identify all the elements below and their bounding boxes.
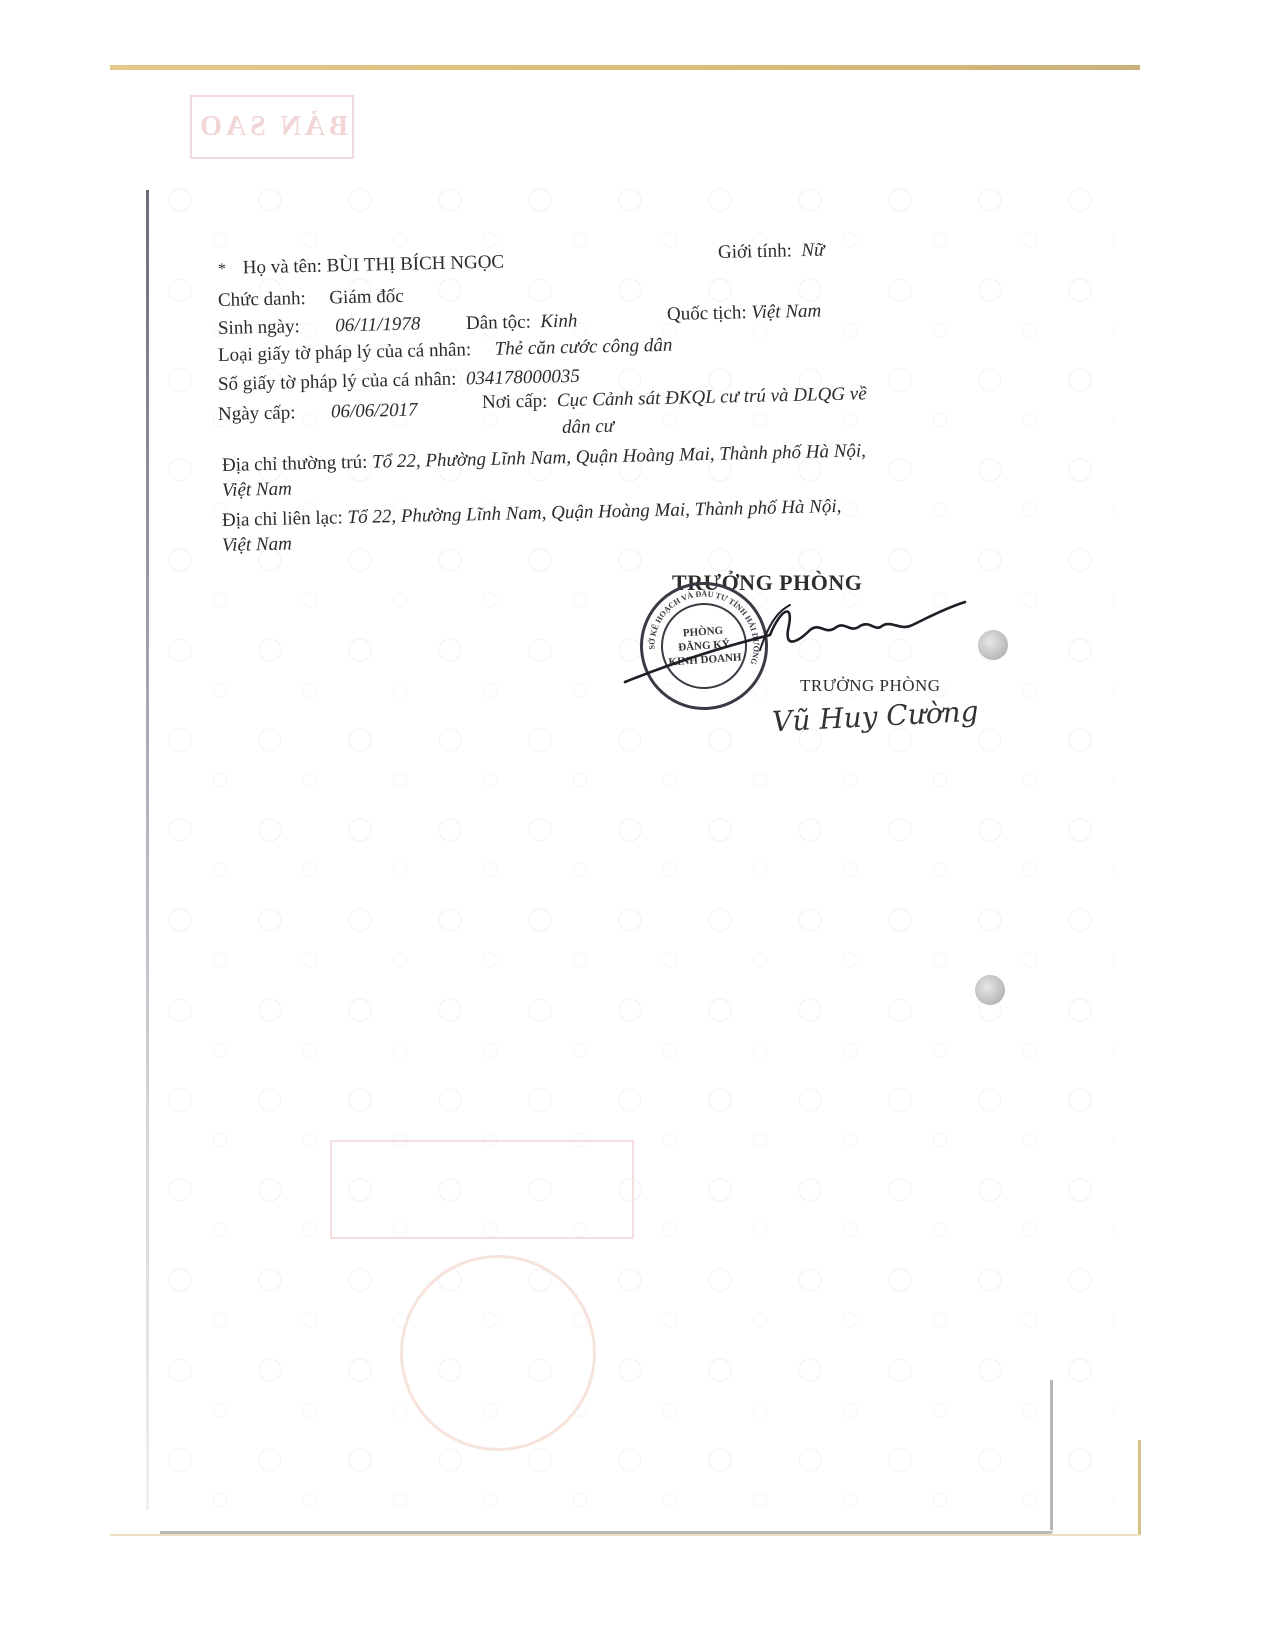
id-number-value: 034178000035 — [466, 366, 580, 390]
contact-address-value-line1: Tổ 22, Phường Lĩnh Nam, Quận Hoàng Mai, … — [347, 496, 841, 528]
id-number-label: Số giấy tờ pháp lý của cá nhân: — [218, 369, 457, 395]
id-type-label: Loại giấy tờ pháp lý của cá nhân: — [218, 339, 472, 366]
signer-role: TRƯỞNG PHÒNG — [800, 676, 941, 696]
row-gender: Giới tính: Nữ — [718, 240, 825, 264]
issue-place-value-line1: Cục Cảnh sát ĐKQL cư trú và DLQG về — [557, 383, 867, 411]
position-label: Chức danh: — [218, 288, 306, 311]
issue-place-label: Nơi cấp: — [482, 391, 548, 413]
bullet-star: * — [218, 261, 226, 278]
row-permanent-address: Địa chỉ thường trú: Tổ 22, Phường Lĩnh N… — [222, 440, 866, 477]
permanent-address-value-line2: Việt Nam — [222, 478, 292, 502]
position-value: Giám đốc — [329, 286, 404, 309]
permanent-address-label: Địa chỉ thường trú: — [222, 452, 368, 476]
gender-value: Nữ — [801, 240, 825, 262]
ethnicity-label: Dân tộc: — [466, 312, 531, 334]
nationality-value: Việt Nam — [751, 301, 821, 324]
row-full-name: * Họ và tên: BÙI THỊ BÍCH NGỌC — [218, 252, 505, 280]
issue-date-label: Ngày cấp: — [218, 402, 296, 425]
issue-date-value: 06/06/2017 — [331, 399, 418, 422]
permanent-address-value-line1: Tổ 22, Phường Lĩnh Nam, Quận Hoàng Mai, … — [372, 440, 866, 472]
row-position: Chức danh: Giám đốc — [218, 286, 404, 312]
row-id-type: Loại giấy tờ pháp lý của cá nhân: Thẻ că… — [218, 335, 673, 367]
contact-address-label: Địa chỉ liên lạc: — [222, 507, 343, 531]
full-name-value: BÙI THỊ BÍCH NGỌC — [326, 252, 504, 277]
full-name-label: Họ và tên: — [242, 256, 322, 279]
issue-place-value-line2: dân cư — [562, 416, 615, 439]
dob-value: 06/11/1978 — [335, 313, 421, 336]
dob-label: Sinh ngày: — [218, 316, 300, 339]
row-contact-address: Địa chỉ liên lạc: Tổ 22, Phường Lĩnh Nam… — [222, 496, 842, 532]
row-issue-date: Ngày cấp: 06/06/2017 — [218, 399, 418, 426]
row-nationality: Quốc tịch: Việt Nam — [667, 301, 822, 326]
signer-name: Vũ Huy Cường — [771, 695, 979, 739]
nationality-label: Quốc tịch: — [667, 302, 747, 325]
gender-label: Giới tính: — [718, 240, 792, 263]
handwritten-signature — [620, 590, 980, 690]
row-dob: Sinh ngày: 06/11/1978 — [218, 313, 421, 340]
ethnicity-value: Kinh — [540, 310, 577, 332]
row-ethnicity: Dân tộc: Kinh — [466, 310, 578, 335]
contact-address-value-line2: Việt Nam — [222, 533, 292, 557]
document-body: * Họ và tên: BÙI THỊ BÍCH NGỌC Giới tính… — [0, 0, 1275, 1650]
id-type-value: Thẻ căn cước công dân — [494, 335, 672, 360]
